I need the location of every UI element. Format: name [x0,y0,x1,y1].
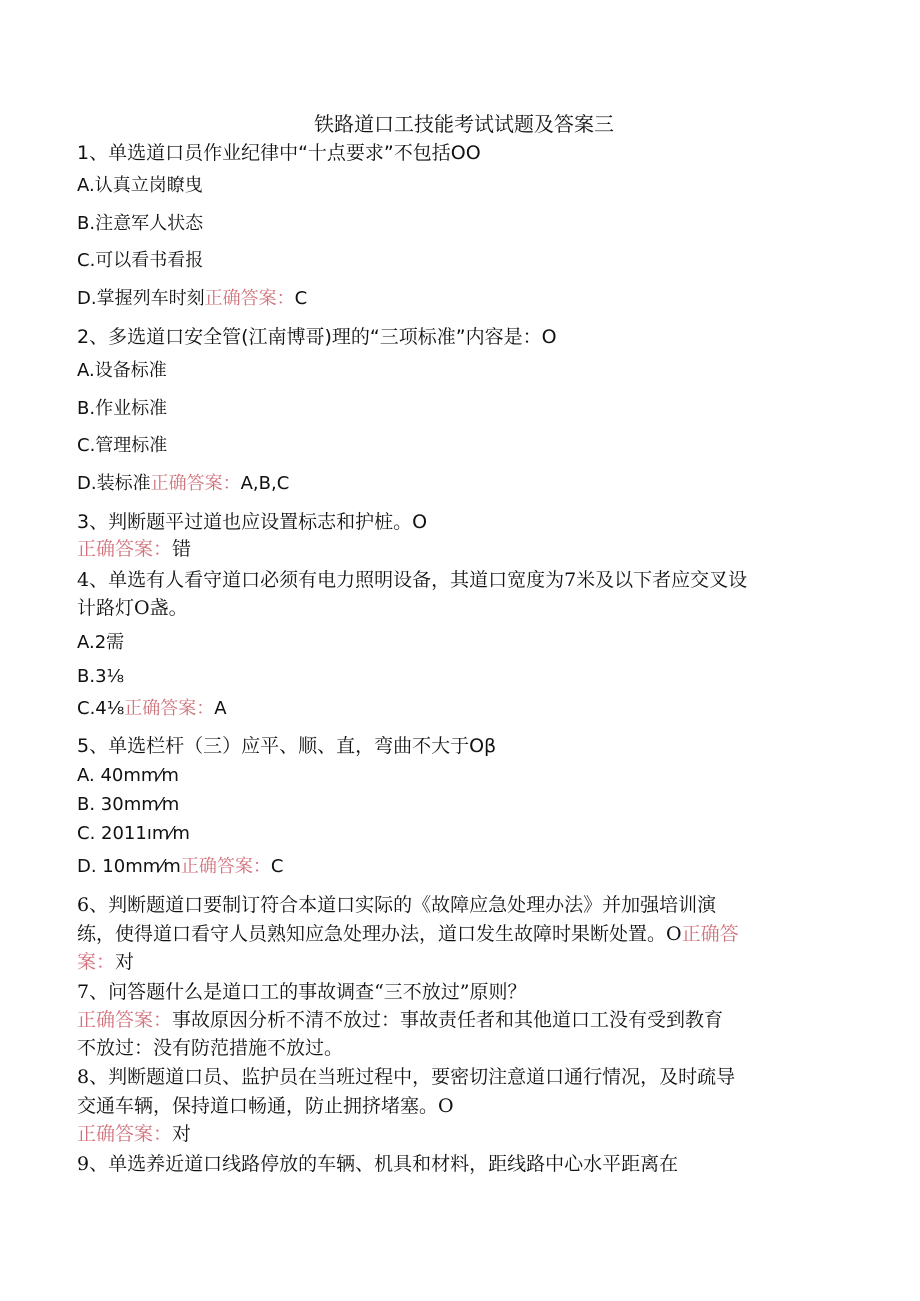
question-5-option-c: C. 2011ım⁄m [77,822,190,846]
question-6-stem-line-2: 练，使得道口看守人员熟知应急处理办法，道口发生故障时果断处置。O [77,923,682,945]
question-5-option-b: B. 30mm⁄m [77,793,179,817]
question-6-stem-line-2-row: 练，使得道口看守人员熟知应急处理办法，道口发生故障时果断处置。O正确答 [77,922,739,946]
question-3-answer-row: 正确答案：错 [77,537,191,561]
question-7-answer-line-2: 不放过：没有防范措施不放过。 [77,1036,343,1060]
question-2-option-d: D.装标准 [77,473,151,494]
question-4-option-a: A.2需 [77,631,124,655]
question-5-option-d-row: D. 10mm⁄m正确答案：C [77,855,283,879]
answer-label: 正确答案： [77,1009,172,1031]
question-7-stem: 7、问答题什么是道口工的事故调查“三不放过”原则？ [77,980,527,1004]
document-page: 铁路道口工技能考试试题及答案三 1、单选道口员作业纪律中“十点要求”不包括OO … [0,0,920,1301]
question-3-stem: 3、判断题平过道也应设置标志和护桩。O [77,510,427,534]
question-1-option-a: A.认真立岗瞭曳 [77,174,203,198]
question-4-stem-line-2: 计路灯O盏。 [77,596,188,620]
question-4-answer: A [214,698,226,719]
question-5-stem: 5、单选栏杆（三）应平、顺、直，弯曲不大于Oβ [77,734,496,758]
answer-label: 正确答案： [124,698,214,719]
question-2-option-b: B.作业标准 [77,397,167,421]
question-2-option-c: C.管理标准 [77,434,167,458]
question-1-option-d-row: D.掌握列车时刻正确答案：C [77,287,307,311]
question-4-stem-line-1: 4、单选有人看守道口必须有电力照明设备，其道口宽度为7米及以下者应交叉设 [77,568,747,592]
document-title: 铁路道口工技能考试试题及答案三 [0,111,920,137]
answer-label-part-2: 案： [77,951,115,973]
question-1-option-d: D.掌握列车时刻 [77,288,205,309]
answer-label: 正确答案： [77,538,172,560]
question-6-answer-row: 案：对 [77,950,134,974]
question-6-stem-line-1: 6、判断题道口要制订符合本道口实际的《故障应急处理办法》并加强培训演 [77,893,716,917]
question-1-option-b: B.注意军人状态 [77,212,203,236]
question-4-option-b: B.3⅛ [77,665,124,689]
question-2-option-d-row: D.装标准正确答案：A,B,C [77,472,289,496]
question-8-stem-line-2: 交通车辆，保持道口畅通，防止拥挤堵塞。O [77,1094,454,1118]
question-1-answer: C [295,288,308,309]
question-4-option-c: C.4⅛ [77,698,124,719]
question-8-answer: 对 [172,1123,191,1145]
question-7-answer-line-1: 事故原因分析不清不放过：事故责任者和其他道口工没有受到教育 [172,1009,723,1031]
answer-label: 正确答案： [205,288,295,309]
question-2-stem: 2、多选道口安全管(江南博哥)理的“三项标准”内容是：O [77,325,557,349]
question-5-option-d: D. 10mm⁄m [77,856,181,877]
answer-label: 正确答案： [77,1123,172,1145]
question-4-option-c-row: C.4⅛正确答案：A [77,697,227,721]
question-3-answer: 错 [172,538,191,560]
question-9-stem: 9、单选养近道口线路停放的车辆、机具和材料，距线路中心水平距离在 [77,1152,678,1176]
answer-label: 正确答案： [181,856,271,877]
answer-label-part-1: 正确答 [682,923,739,945]
question-8-answer-row: 正确答案：对 [77,1122,191,1146]
title-text: 铁路道口工技能考试试题及答案三 [314,111,614,137]
question-5-option-a: A. 40mm⁄m [77,764,179,788]
question-8-stem-line-1: 8、判断题道口员、监护员在当班过程中，要密切注意道口通行情况，及时疏导 [77,1065,735,1089]
answer-label: 正确答案： [151,473,241,494]
question-7-answer-row: 正确答案：事故原因分析不清不放过：事故责任者和其他道口工没有受到教育 [77,1008,723,1032]
question-6-answer: 对 [115,951,134,973]
question-1-stem: 1、单选道口员作业纪律中“十点要求”不包括OO [77,141,481,165]
question-1-option-c: C.可以看书看报 [77,249,203,273]
question-2-answer: A,B,C [241,473,290,494]
question-5-answer: C [271,856,284,877]
question-2-option-a: A.设备标准 [77,359,167,383]
